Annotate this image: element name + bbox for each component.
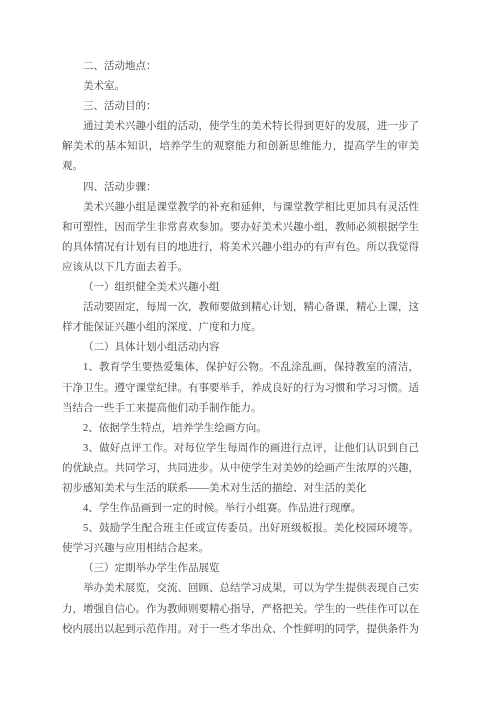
paragraph-subsection-1-heading: （一）组织健全美术兴趣小组 — [62, 278, 419, 298]
document-page: 二、活动地点： 美术室。 三、活动目的： 通过美术兴趣小组的活动，使学生的美术特… — [0, 0, 500, 707]
document-content: 二、活动地点： 美术室。 三、活动目的： 通过美术兴趣小组的活动，使学生的美术特… — [62, 57, 419, 640]
paragraph-location-value: 美术室。 — [62, 77, 419, 97]
paragraph-steps-intro: 美术兴趣小组是课堂教学的补充和延伸，与课堂教学相比更加具有灵活性和可塑性，因而学… — [62, 198, 419, 278]
paragraph-item-4: 4、学生作品画到一定的时候。举行小组赛。作品进行现摩。 — [62, 499, 419, 519]
paragraph-item-5: 5、鼓励学生配合班主任或宣传委员。出好班级板报。美化校园环境等。使学习兴趣与应用… — [62, 519, 419, 559]
paragraph-subsection-2-heading: （二）具体计划小组活动内容 — [62, 338, 419, 358]
paragraph-purpose-body: 通过美术兴趣小组的活动，使学生的美术特长得到更好的发展，进一步了解美术的基本知识… — [62, 117, 419, 177]
paragraph-item-2: 2、依据学生特点，培养学生绘画方向。 — [62, 419, 419, 439]
paragraph-section-steps-heading: 四、活动步骤： — [62, 178, 419, 198]
paragraph-subsection-3-body: 举办美术展览，交流、回顾、总结学习成果，可以为学生提供表现自己实力，增强自信心。… — [62, 579, 419, 639]
paragraph-item-1: 1、教育学生要热爱集体，保护好公物。不乱涂乱画，保持教室的清洁，干净卫生。遵守课… — [62, 358, 419, 418]
paragraph-subsection-3-heading: （三）定期举办学生作品展览 — [62, 559, 419, 579]
paragraph-subsection-1-body: 活动要固定，每周一次，教师要做到精心计划，精心备课，精心上课，这样才能保证兴趣小… — [62, 298, 419, 338]
paragraph-section-purpose-heading: 三、活动目的： — [62, 97, 419, 117]
paragraph-section-location-heading: 二、活动地点： — [62, 57, 419, 77]
paragraph-item-3: 3、做好点评工作。对每位学生每周作的画进行点评，让他们认识到自己的优缺点。共同学… — [62, 439, 419, 499]
